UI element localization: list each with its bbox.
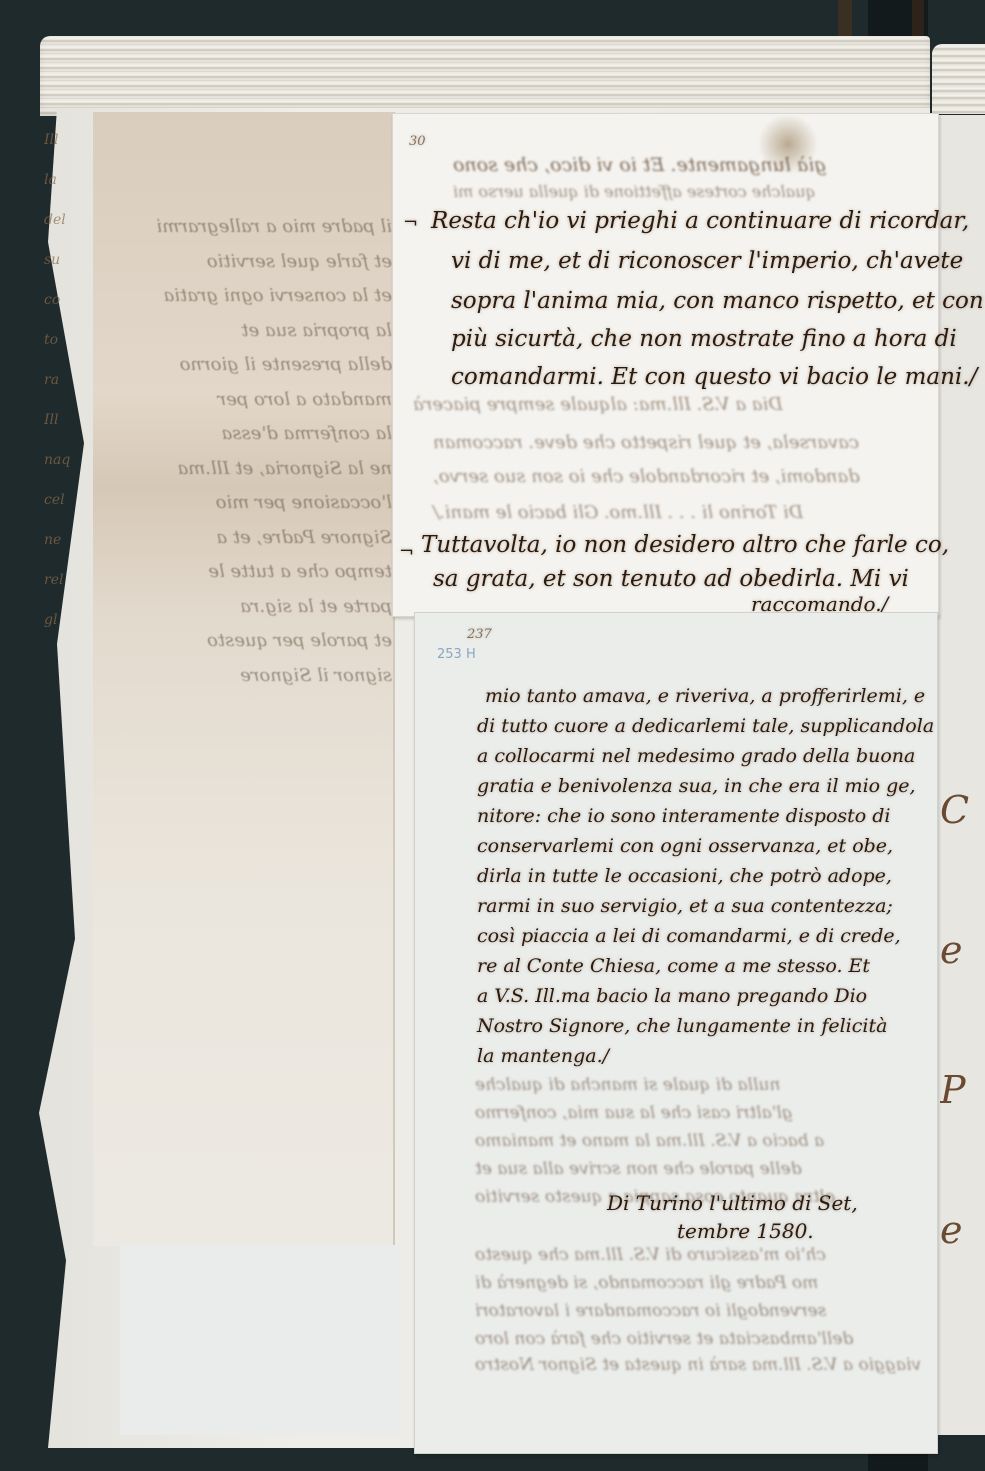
bleed-line: delle parole che non scrive alla sua et xyxy=(475,1159,802,1179)
bleed-line: dell'ambasciata et servitio che farà con… xyxy=(475,1329,853,1349)
archival-number: 253 H xyxy=(437,647,476,662)
back-slip-bleed-text: il padre mio a rallegrarmiet farle quel … xyxy=(110,210,392,693)
text-line: comandarmi. Et con questo vi bacio le ma… xyxy=(451,364,977,390)
text-line: sopra l'anima mia, con manco rispetto, e… xyxy=(451,288,984,314)
text-line: nitore: che io sono interamente disposto… xyxy=(477,805,891,827)
bleed-line: nulla di quale si mancha di qualche xyxy=(475,1075,780,1095)
text-line: Nostro Signore, che lungamente in felici… xyxy=(477,1015,887,1037)
text-line: di tutto cuore a dedicarlemi tale, suppl… xyxy=(477,715,934,737)
bleed-line: già lungamente. Et io vi dico, che sono xyxy=(453,154,826,176)
closing-year: tembre 1580. xyxy=(677,1219,814,1243)
text-line: a V.S. Ill.ma bacio la mano pregando Dio xyxy=(477,985,867,1007)
bleed-line: Di Torino li . . . Ill.mo. Gli bacio le … xyxy=(433,502,803,523)
text-line: mio tanto amava, e riveriva, a profferir… xyxy=(485,685,925,707)
text-line: Tuttavolta, io non desidero altro che fa… xyxy=(421,532,949,558)
bleed-line: a bacio a V.S. Ill.ma la mano et maniamo xyxy=(475,1131,824,1151)
page-stack-top-edge xyxy=(40,36,930,116)
facing-page-stack xyxy=(932,44,985,114)
text-line: vi di me, et di riconoscer l'imperio, ch… xyxy=(451,248,963,274)
bleed-line: ch'io m'assicuro di V.S. Ill.ma che ques… xyxy=(475,1245,826,1265)
text-line: dirla in tutte le occasioni, che potrò a… xyxy=(477,865,892,887)
bleed-line: servendogli io raccomandare i lavoratori xyxy=(475,1301,826,1321)
closing-place-date: Di Turino l'ultimo di Set, xyxy=(607,1191,858,1215)
text-line: più sicurtà, che non mostrate fino a hor… xyxy=(451,326,957,352)
bleed-line: viaggio a V.S. Ill.ma sarà in questa et … xyxy=(475,1355,921,1375)
text-line: sa grata, et son tenuto ad obedirla. Mi … xyxy=(433,566,909,592)
letter-slip-top: 30 già lungamente. Et io vi dico, che so… xyxy=(392,113,939,617)
text-line: rarmi in suo servigio, et a sua contente… xyxy=(477,895,893,917)
text-line: Resta ch'io vi prieghi a continuare di r… xyxy=(431,208,969,234)
blank-guard-leaf xyxy=(120,1245,400,1435)
binding-strap xyxy=(838,0,852,40)
bleed-line: Dia a V.S. Ill.ma: alquale sempre piacer… xyxy=(413,394,783,415)
text-line: così piaccia a lei di comandarmi, e di c… xyxy=(477,925,901,947)
letter-slip-bottom: 237 253 H mio tanto amava, e riveriva, a… xyxy=(414,612,938,1454)
bleed-line: mo Padre gli raccomando, si degnerà di xyxy=(475,1273,818,1293)
bleed-line: cavarsela, et quel rispetto che deve. ra… xyxy=(433,432,859,453)
bleed-line: gl'altri casi che la sua mia, confermo xyxy=(475,1103,793,1123)
text-line: re al Conte Chiesa, come a me stesso. Et xyxy=(477,955,870,977)
paragraph-mark: ¬ xyxy=(399,541,414,562)
folio-number: 237 xyxy=(467,627,492,642)
text-line: conservarlemi con ogni osservanza, et ob… xyxy=(477,835,893,857)
folio-number: 30 xyxy=(409,134,426,149)
text-line: a collocarmi nel medesimo grado della bu… xyxy=(477,745,915,767)
paragraph-mark: ¬ xyxy=(403,212,418,233)
facing-page-fragments: Ce Pe xyxy=(940,740,985,1340)
text-line: la mantenga./ xyxy=(477,1045,609,1067)
bleed-line: qualche cortese affettione di quella uer… xyxy=(453,182,816,201)
text-line: gratia e benivolenza sua, in che era il … xyxy=(477,775,916,797)
bleed-line: dandomi, et ricordandole che io son suo … xyxy=(433,466,860,487)
